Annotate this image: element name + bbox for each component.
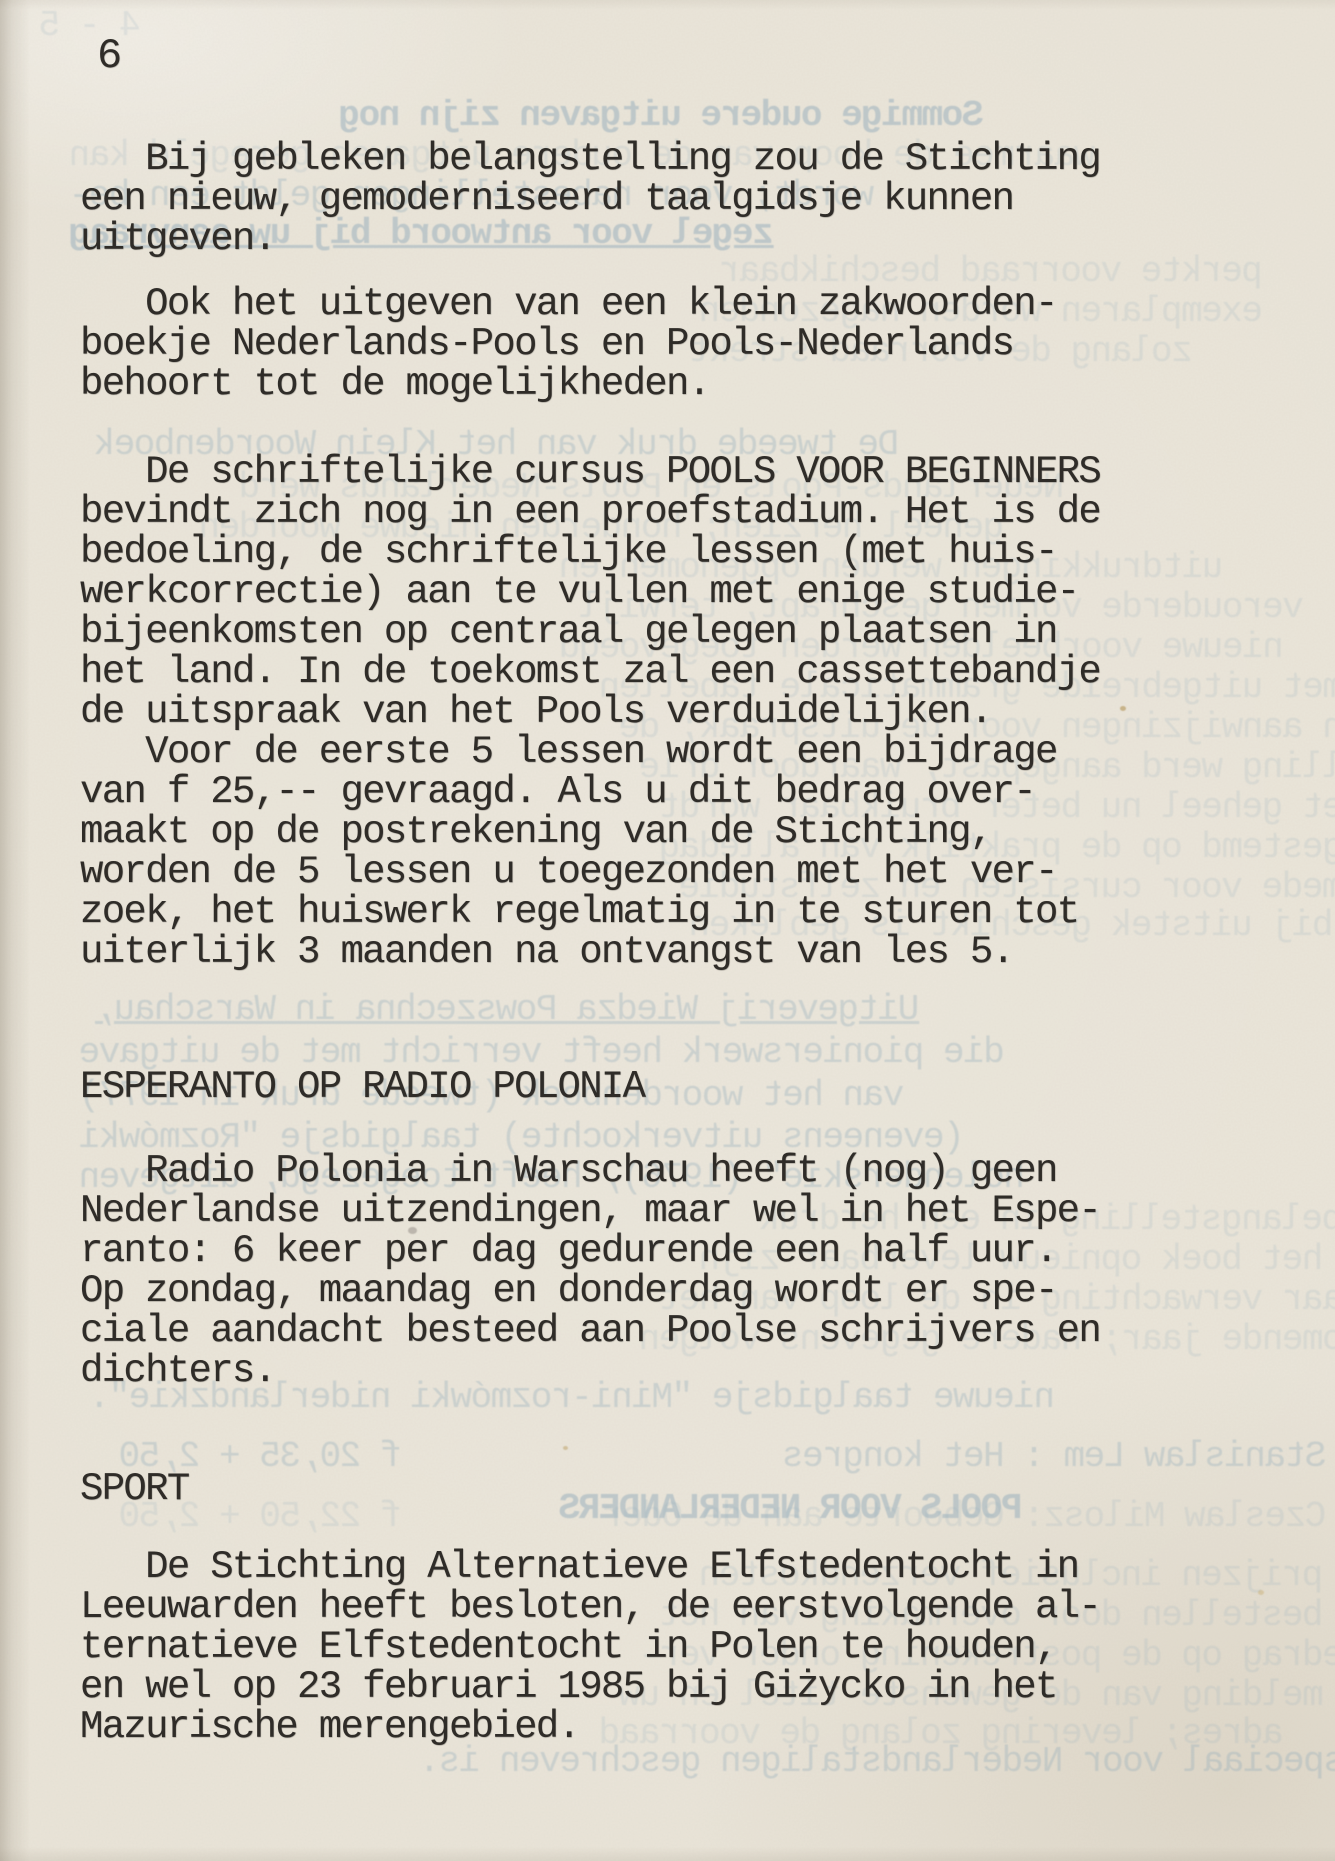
paragraph: De Stichting Alternatieve Elfstedentocht… xyxy=(80,1547,1100,1747)
section-heading: ESPERANTO OP RADIO POLONIA xyxy=(80,1067,644,1107)
section-heading: SPORT xyxy=(80,1469,189,1509)
paragraph: Ook het uitgeven van een klein zakwoorde… xyxy=(80,284,1057,404)
paragraph: Bij gebleken belangstelling zou de Stich… xyxy=(80,139,1100,259)
document-page: 4 - 5Sommige oudere uitgaven zijn nogwaa… xyxy=(0,0,1335,1861)
text-content: 6 Bij gebleken belangstelling zou de Sti… xyxy=(0,0,1335,1861)
paragraph: Radio Polonia in Warschau heeft (nog) ge… xyxy=(80,1151,1100,1391)
page-number: 6 xyxy=(97,34,122,78)
paragraph: De schriftelijke cursus POOLS VOOR BEGIN… xyxy=(80,452,1100,972)
